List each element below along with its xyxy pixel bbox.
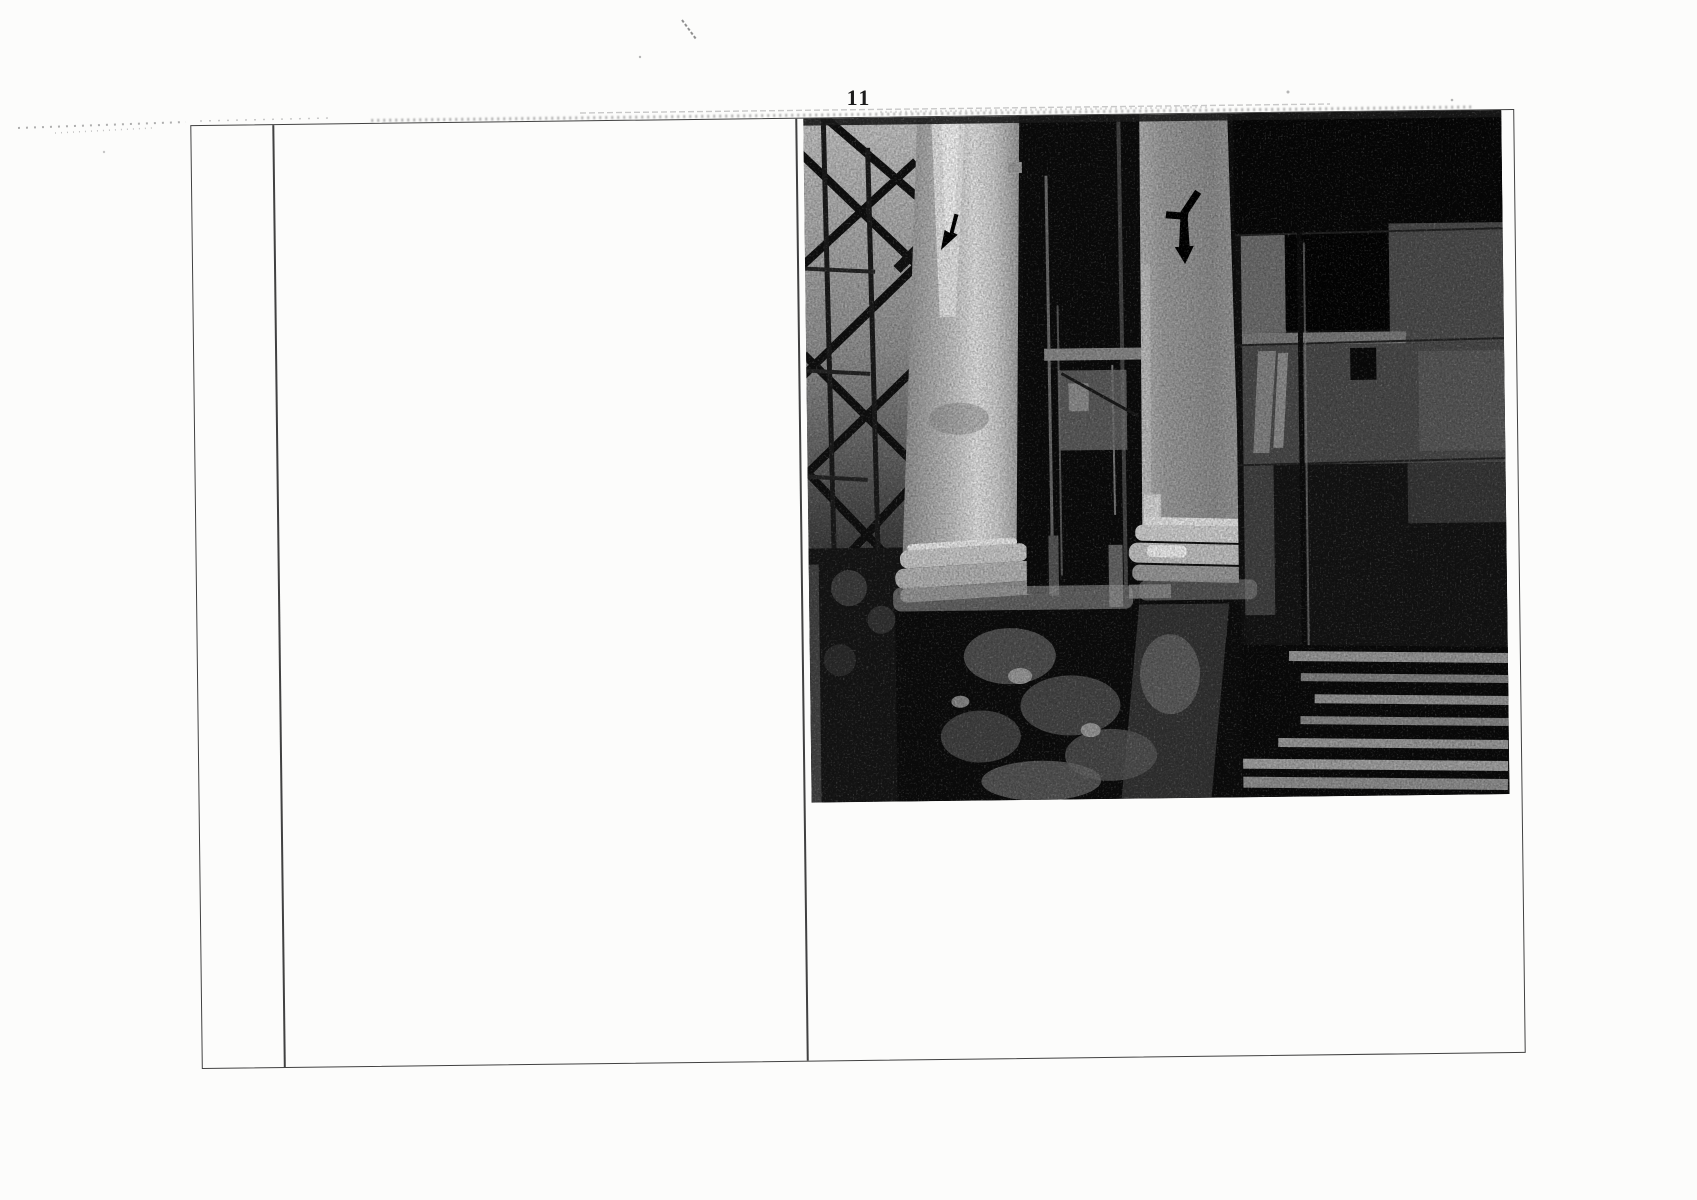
table-cell-3 [797,110,1524,1061]
document-table [190,109,1525,1069]
table-cell-2 [274,119,804,1067]
table-cell-1 [191,125,284,1068]
page-number: 11 [840,85,878,111]
facade-photo-figure [803,110,1509,802]
facade-photo-svg [803,110,1509,802]
page-root: { "page": { "number": "11" }, "table": {… [0,0,1697,1200]
photo-grain-light [803,110,1509,802]
scan-tick [682,20,696,39]
